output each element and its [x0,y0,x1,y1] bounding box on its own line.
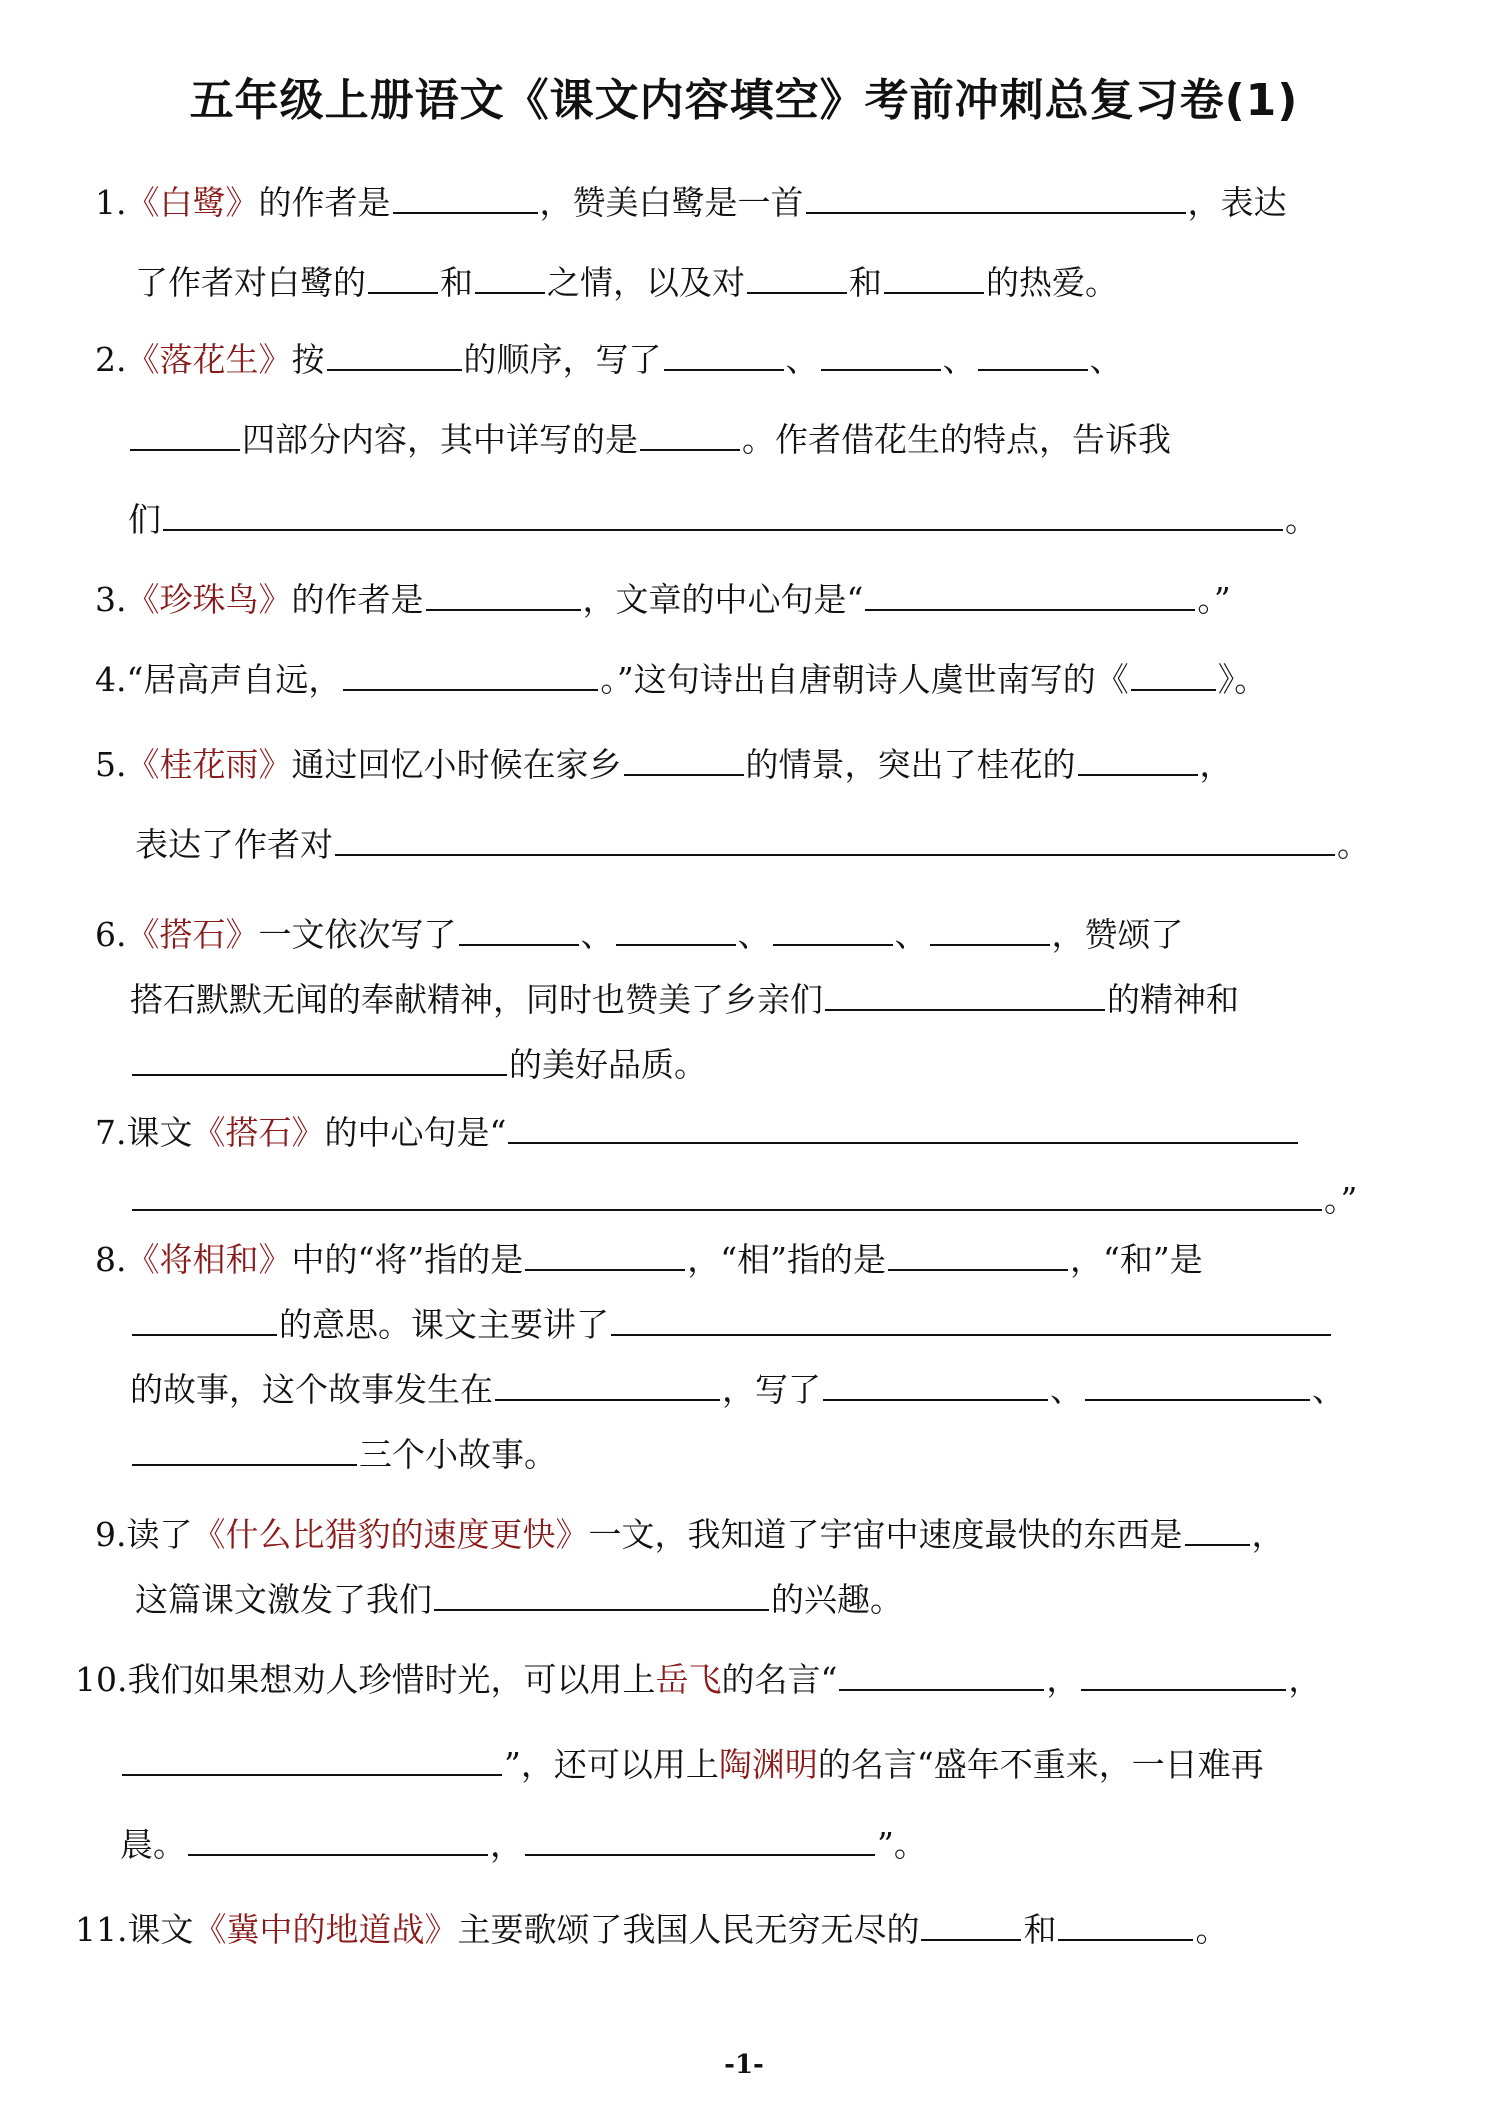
question-text: ， [1046,1660,1079,1699]
fill-in-blank[interactable] [132,1430,357,1466]
question-text: ， [1252,1515,1285,1554]
lesson-title: 《珍珠鸟》 [127,580,292,619]
page-title: 五年级上册语文《课文内容填空》考前冲刺总复习卷(1) [0,64,1488,128]
question-8-line-4: 三个小故事。 [130,1430,557,1480]
question-8-line-2: 的意思。课文主要讲了 [130,1300,1333,1350]
question-2-line-2: 四部分内容，其中详写的是。作者借花生的特点，告诉我 [128,415,1171,465]
question-text: ，表达 [1188,183,1287,222]
question-text: ，写了 [722,1370,821,1409]
question-5-line-1: 5.《桂花雨》通过回忆小时候在家乡的情景，突出了桂花的， [95,740,1233,790]
question-10-line-3: 晨。，”。 [120,1820,927,1870]
fill-in-blank[interactable] [327,335,462,371]
question-11-line-1: 11.课文《冀中的地道战》主要歌颂了我国人民无穷无尽的和。 [75,1905,1228,1955]
fill-in-blank[interactable] [434,1575,769,1611]
question-text: 通过回忆小时候在家乡 [292,745,622,784]
fill-in-blank[interactable] [426,575,581,611]
question-text: 和 [440,263,473,302]
question-text: 一文依次写了 [259,915,457,954]
question-1-line-2: 了作者对白鹭的和之情，以及对和的热爱。 [135,258,1118,308]
fill-in-blank[interactable] [475,258,545,294]
question-text: “居高声自远， [127,660,342,699]
question-6-line-3: 的美好品质。 [130,1040,707,1090]
fill-in-blank[interactable] [616,910,736,946]
question-text: 之情，以及对 [547,263,745,302]
question-text: 读了 [127,1515,193,1554]
question-text: 、 [895,915,928,954]
lesson-title: 《搭石》 [193,1113,325,1152]
lesson-title: 《将相和》 [127,1240,292,1279]
question-text: 主要歌颂了我国人民无穷无尽的 [457,1910,919,1949]
question-text: 的精神和 [1107,980,1239,1019]
question-text: 、 [1090,340,1123,379]
fill-in-blank[interactable] [825,975,1105,1011]
question-8-line-1: 8.《将相和》中的“将”指的是，“相”指的是，“和”是 [95,1235,1203,1285]
question-text: 、 [1050,1370,1083,1409]
page-number: -1- [0,2050,1488,2080]
lesson-title: 《桂花雨》 [127,745,292,784]
question-6-line-1: 6.《搭石》一文依次写了、、、，赞颂了 [95,910,1184,960]
lesson-title: 《搭石》 [127,915,259,954]
question-text: 。 [1337,825,1370,864]
lesson-title: 《什么比猎豹的速度更快》 [193,1515,589,1554]
fill-in-blank[interactable] [1131,655,1216,691]
question-text: ，“相”指的是 [687,1240,886,1279]
question-number: 2. [95,340,127,379]
fill-in-blank[interactable] [839,1655,1044,1691]
fill-in-blank[interactable] [188,1820,488,1856]
fill-in-blank[interactable] [1185,1510,1250,1546]
fill-in-blank[interactable] [343,655,598,691]
question-text: ”。 [877,1825,927,1864]
question-3-line-1: 3.《珍珠鸟》的作者是，文章的中心句是“。” [95,575,1231,625]
question-text: 三个小故事。 [359,1435,557,1474]
question-text: 的作者是 [259,183,391,222]
question-text: 和 [1023,1910,1056,1949]
question-text: 晨。 [120,1825,186,1864]
fill-in-blank[interactable] [930,910,1050,946]
question-text: ，赞美白鹭是一首 [540,183,804,222]
question-text: 和 [849,263,882,302]
fill-in-blank[interactable] [773,910,893,946]
fill-in-blank[interactable] [888,1235,1068,1271]
question-text: ，赞颂了 [1052,915,1184,954]
question-text: 课文 [127,1910,193,1949]
question-6-line-2: 搭石默默无闻的奉献精神，同时也赞美了乡亲们的精神和 [130,975,1239,1025]
fill-in-blank[interactable] [978,335,1088,371]
question-1-line-1: 1.《白鹭》的作者是，赞美白鹭是一首，表达 [95,178,1287,228]
question-text: 的美好品质。 [509,1045,707,1084]
fill-in-blank[interactable] [806,178,1186,214]
question-text: 》。 [1218,660,1268,699]
lesson-title: 《落花生》 [127,340,292,379]
lesson-title: 岳飞 [655,1660,721,1699]
question-text: 的故事，这个故事发生在 [130,1370,493,1409]
question-text: 表达了作者对 [135,825,333,864]
question-text: 的名言“ [721,1660,837,1699]
question-2-line-3: 们。 [128,495,1318,545]
question-text: ，文章的中心句是“ [583,580,864,619]
question-text: 搭石默默无闻的奉献精神，同时也赞美了乡亲们 [130,980,823,1019]
fill-in-blank[interactable] [1085,1365,1310,1401]
question-text: 、 [1312,1370,1345,1409]
question-text: 按 [292,340,325,379]
question-text: 、 [581,915,614,954]
question-text: 的意思。课文主要讲了 [279,1305,609,1344]
question-8-line-3: 的故事，这个故事发生在，写了、、 [130,1365,1345,1415]
question-text: 的作者是 [292,580,424,619]
question-text: 的顺序，写了 [464,340,662,379]
question-number: 6. [95,915,127,954]
question-9-line-2: 这篇课文激发了我们的兴趣。 [135,1575,903,1625]
fill-in-blank[interactable] [368,258,438,294]
question-number: 3. [95,580,127,619]
question-10-line-2: ”，还可以用上陶渊明的名言“盛年不重来，一日难再 [120,1740,1264,1790]
question-text: 一文，我知道了宇宙中速度最快的东西是 [589,1515,1183,1554]
lesson-title: 《冀中的地道战》 [193,1910,457,1949]
question-number: 10. [75,1660,127,1699]
question-text: 的情景，突出了桂花的 [746,745,1076,784]
fill-in-blank[interactable] [821,335,941,371]
question-text: 、 [786,340,819,379]
question-text: ， [490,1825,523,1864]
question-text: 四部分内容，其中详写的是 [242,420,638,459]
fill-in-blank[interactable] [624,740,744,776]
fill-in-blank[interactable] [132,1175,1322,1211]
question-text: 、 [943,340,976,379]
worksheet-page: 五年级上册语文《课文内容填空》考前冲刺总复习卷(1) 1.《白鹭》的作者是，赞美… [0,0,1488,2105]
question-text: ”，还可以用上 [504,1745,719,1784]
lesson-title: 《白鹭》 [127,183,259,222]
fill-in-blank[interactable] [747,258,847,294]
fill-in-blank[interactable] [884,258,984,294]
question-text: 了作者对白鹭的 [135,263,366,302]
fill-in-blank[interactable] [921,1905,1021,1941]
question-text: 。 [1285,500,1318,539]
lesson-title: 陶渊明 [719,1745,818,1784]
fill-in-blank[interactable] [611,1300,1331,1336]
question-number: 4. [95,660,127,699]
question-text: 课文 [127,1113,193,1152]
question-text: 。 [1195,1910,1228,1949]
question-9-line-1: 9.读了《什么比猎豹的速度更快》一文，我知道了宇宙中速度最快的东西是， [95,1510,1285,1560]
fill-in-blank[interactable] [495,1365,720,1401]
fill-in-blank[interactable] [1081,1655,1286,1691]
question-text: ， [1288,1660,1321,1699]
question-text: 中的“将”指的是 [292,1240,524,1279]
question-number: 5. [95,745,127,784]
question-text: ，“和”是 [1070,1240,1203,1279]
fill-in-blank[interactable] [640,415,740,451]
question-4-line-1: 4.“居高声自远，。”这句诗出自唐朝诗人虞世南写的《》。 [95,655,1267,705]
fill-in-blank[interactable] [459,910,579,946]
question-2-line-1: 2.《落花生》按的顺序，写了、、、 [95,335,1123,385]
question-text: 。” [1197,580,1230,619]
question-number: 9. [95,1515,127,1554]
fill-in-blank[interactable] [335,820,1335,856]
fill-in-blank[interactable] [132,1300,277,1336]
question-number: 8. [95,1240,127,1279]
fill-in-blank[interactable] [1058,1905,1193,1941]
fill-in-blank[interactable] [163,495,1283,531]
fill-in-blank[interactable] [525,1235,685,1271]
question-text: ， [1200,745,1233,784]
question-text: 。作者借花生的特点，告诉我 [742,420,1171,459]
question-text: 们 [128,500,161,539]
fill-in-blank[interactable] [865,575,1195,611]
question-7-line-1: 7.课文《搭石》的中心句是“ [95,1108,1300,1158]
fill-in-blank[interactable] [132,1040,507,1076]
question-number: 7. [95,1113,127,1152]
fill-in-blank[interactable] [508,1108,1298,1144]
fill-in-blank[interactable] [122,1740,502,1776]
question-text: 。”这句诗出自唐朝诗人虞世南写的《 [600,660,1128,699]
question-text: 我们如果想劝人珍惜时光，可以用上 [127,1660,655,1699]
fill-in-blank[interactable] [664,335,784,371]
question-text: 的热爱。 [986,263,1118,302]
question-10-line-1: 10.我们如果想劝人珍惜时光，可以用上岳飞的名言“，， [75,1655,1321,1705]
question-text: 这篇课文激发了我们 [135,1580,432,1619]
question-number: 1. [95,183,127,222]
question-7-line-2: 。” [130,1175,1357,1225]
fill-in-blank[interactable] [393,178,538,214]
fill-in-blank[interactable] [1078,740,1198,776]
question-text: 、 [738,915,771,954]
question-text: 的名言“盛年不重来，一日难再 [818,1745,1264,1784]
question-text: 的兴趣。 [771,1580,903,1619]
question-text: 。” [1324,1180,1357,1219]
fill-in-blank[interactable] [823,1365,1048,1401]
question-5-line-2: 表达了作者对。 [135,820,1370,870]
question-text: 的中心句是“ [325,1113,507,1152]
fill-in-blank[interactable] [525,1820,875,1856]
question-number: 11. [75,1910,127,1949]
fill-in-blank[interactable] [130,415,240,451]
